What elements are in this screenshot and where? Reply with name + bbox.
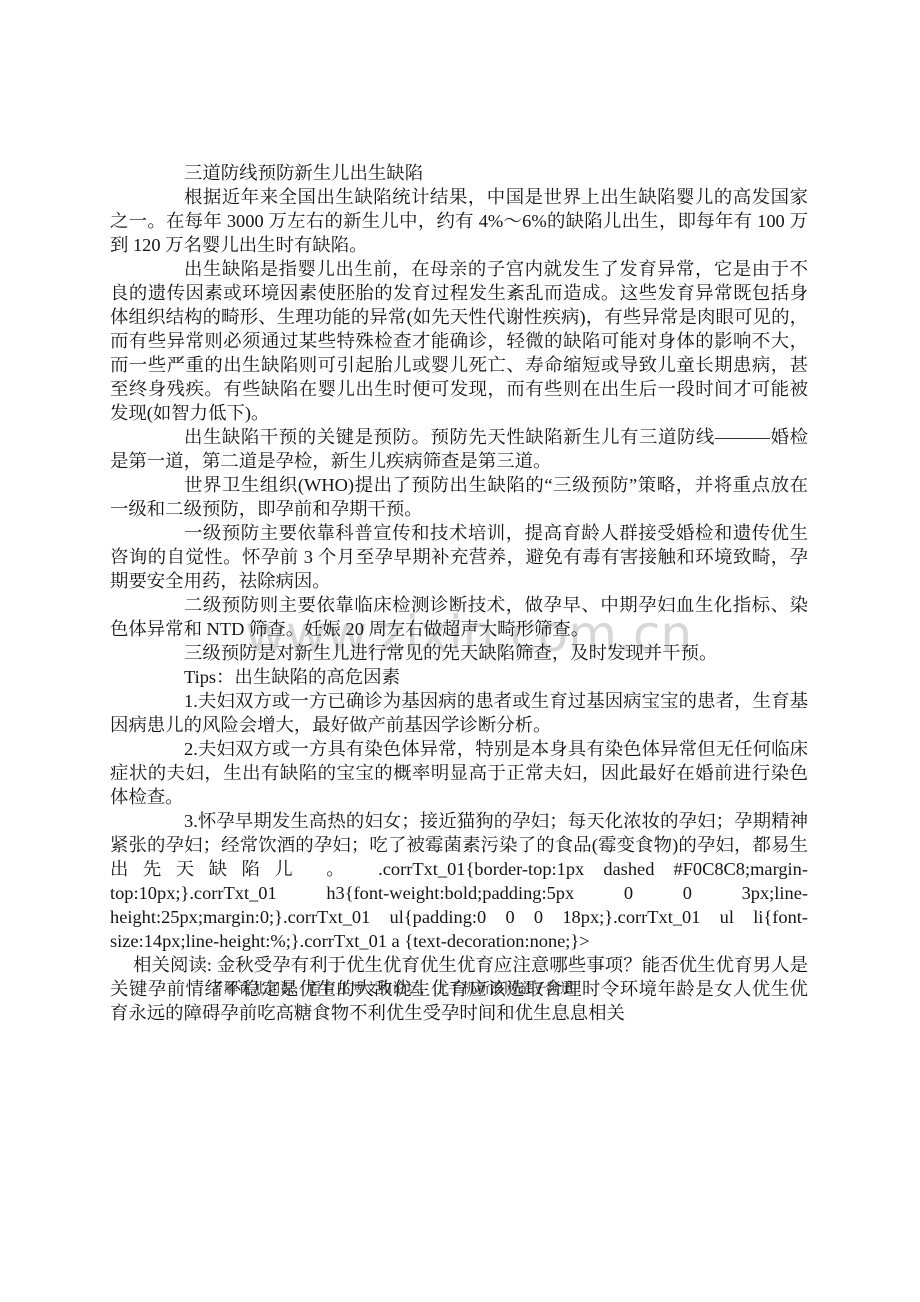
document-page: www.zixin.com.cn 三道防线预防新生儿出生缺陷 根据近年来全国出生… — [0, 0, 920, 1302]
paragraph: 2.夫妇双方或一方具有染色体异常，特别是本身具有染色体异常但无任何临床症状的夫妇… — [110, 737, 808, 809]
document-title: 三道防线预防新生儿出生缺陷 — [110, 161, 808, 185]
paragraph: Tips：出生缺陷的高危因素 — [110, 665, 808, 689]
paragraph: 世界卫生组织(WHO)提出了预防出生缺陷的“三级预防”策略，并将重点放在一级和二… — [110, 473, 808, 521]
paragraph: 二级预防则主要依靠临床检测诊断技术，做孕早、中期孕妇血生化指标、染色体异常和 N… — [110, 593, 808, 641]
paragraph: 出生缺陷干预的关键是预防。预防先天性缺陷新生儿有三道防线———婚检是第一道，第二… — [110, 425, 808, 473]
paragraph: 出生缺陷是指婴儿出生前，在母亲的子宫内就发生了发育异常，它是由于不良的遗传因素或… — [110, 257, 808, 425]
paragraph-list: 根据近年来全国出生缺陷统计结果，中国是世界上出生缺陷婴儿的高发国家之一。在每年 … — [110, 185, 808, 1025]
document-body: 三道防线预防新生儿出生缺陷 根据近年来全国出生缺陷统计结果，中国是世界上出生缺陷… — [110, 161, 808, 1025]
paragraph: 根据近年来全国出生缺陷统计结果，中国是世界上出生缺陷婴儿的高发国家之一。在每年 … — [110, 185, 808, 257]
footer-note: 了解育儿知识，看育儿博文和论坛，上手机新浪网亲子频道 — [210, 980, 574, 1000]
paragraph: 一级预防主要依靠科普宣传和技术培训，提高育龄人群接受婚检和遗传优生咨询的自觉性。… — [110, 521, 808, 593]
paragraph: 三级预防是对新生儿进行常见的先天缺陷筛查，及时发现并干预。 — [110, 641, 808, 665]
paragraph: 1.夫妇双方或一方已确诊为基因病的患者或生育过基因病宝宝的患者，生育基因病患儿的… — [110, 689, 808, 737]
paragraph: 3.怀孕早期发生高热的妇女；接近猫狗的孕妇；每天化浓妆的孕妇；孕期精神紧张的孕妇… — [110, 809, 808, 953]
